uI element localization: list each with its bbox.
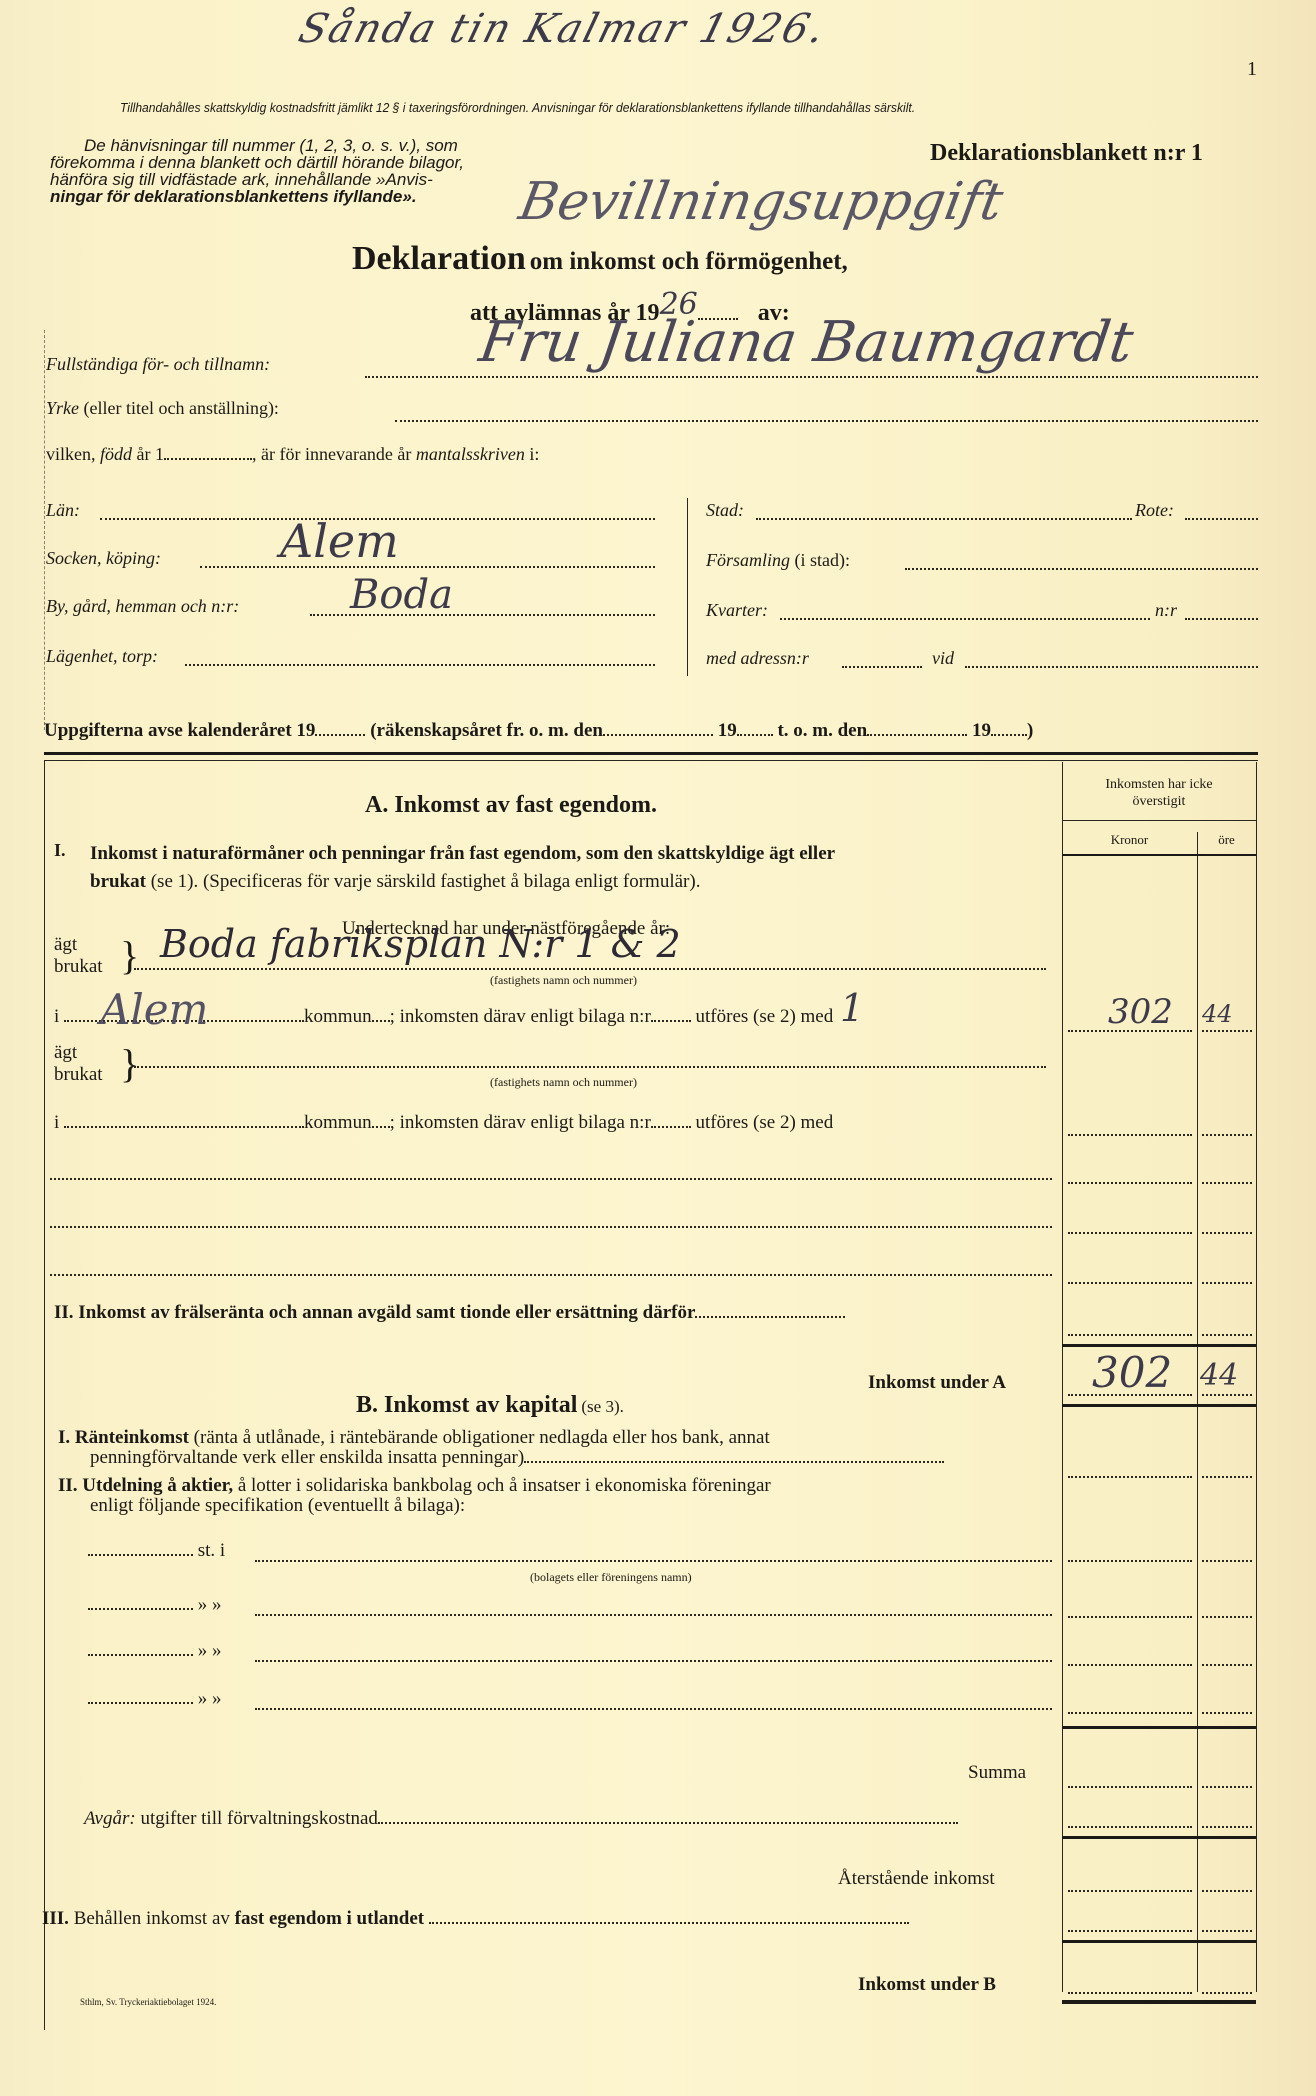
dividend-1-kronor[interactable] <box>1068 1560 1192 1562</box>
period-year-field[interactable] <box>315 734 365 736</box>
summa-kronor-field[interactable] <box>1068 1786 1192 1788</box>
blank-row-3-kronor[interactable] <box>1068 1282 1192 1284</box>
section-b-title-text: B. Inkomst av kapital <box>356 1392 577 1418</box>
handwritten-property-1[interactable]: Boda fabriksplan N:r 1 & 2 <box>160 922 681 966</box>
col-kronor-header: Kronor <box>1062 832 1197 848</box>
reference-note-line: ningar för deklarationsblankettens ifyll… <box>50 188 464 205</box>
reference-note: De hänvisningar till nummer (1, 2, 3, o.… <box>50 137 464 205</box>
section-b-item2: II. Utdelning å aktier, å lotter i solid… <box>58 1476 771 1516</box>
col-ore-header: öre <box>1197 832 1256 848</box>
fastighet-caption-1: (fastighets namn och nummer) <box>490 973 637 988</box>
total-b-ore-field[interactable] <box>1202 1992 1252 1994</box>
b-item3-num: III. <box>42 1908 69 1929</box>
period-line: Uppgifterna avse kalenderåret 19 (räkens… <box>44 720 1033 742</box>
agt-label-1: ägt brukat <box>54 934 103 978</box>
b-item1-kronor-field[interactable] <box>1068 1476 1192 1478</box>
brace-2: } <box>120 1042 139 1086</box>
born-year-field[interactable] <box>164 458 252 460</box>
agt-text: ägt <box>54 1042 103 1064</box>
left-margin-line <box>44 330 45 730</box>
amount-box-header-divider <box>1062 820 1256 821</box>
avgar-label: Avgår: <box>84 1808 136 1829</box>
stad-label: Stad: <box>706 500 744 521</box>
stad-field[interactable] <box>756 518 1132 520</box>
born-year-prefix: år 1 <box>137 444 164 464</box>
b-item1-rest: (ränta å utlånade, i räntebärande obliga… <box>189 1427 770 1448</box>
i-label: i <box>54 1112 59 1133</box>
handwritten-header-note: Sånda tin Kalmar 1926. <box>294 6 831 52</box>
aterstaende-ore-field[interactable] <box>1202 1890 1252 1892</box>
summa-ore-field[interactable] <box>1202 1786 1252 1788</box>
b-item3-rule <box>1062 1940 1256 1943</box>
section-a-sum-rule <box>1062 1344 1256 1347</box>
handwritten-by[interactable]: Boda <box>350 572 453 618</box>
item2-num: II. <box>54 1302 74 1323</box>
period-from-year: 19 <box>718 720 737 741</box>
amount-col-right <box>1256 762 1257 1992</box>
mantal-suffix: i: <box>529 444 539 464</box>
b-item3-bold: fast egendom i utlandet <box>235 1908 424 1929</box>
amount-col-divider <box>1197 832 1198 1992</box>
brace-1: } <box>120 934 139 978</box>
avgar-kronor-field[interactable] <box>1068 1826 1192 1828</box>
period-from-year-field[interactable] <box>737 734 773 736</box>
reference-note-line: förekomma i denna blankett och därtill h… <box>50 154 464 171</box>
nr-field[interactable] <box>1185 618 1258 620</box>
handwritten-bilaga-1[interactable]: 1 <box>840 986 864 1030</box>
handwritten-kommun-1[interactable]: Alem <box>100 985 208 1034</box>
amount-2-ore-field[interactable] <box>1202 1134 1252 1136</box>
blank-row-1-ore[interactable] <box>1202 1182 1252 1184</box>
vid-label: vid <box>932 648 954 669</box>
born-suffix: , är för innevarande år <box>252 444 411 464</box>
total-a-rule <box>1062 1404 1256 1407</box>
full-name-field[interactable] <box>365 376 1258 378</box>
bilaga-1-field[interactable] <box>651 1020 691 1022</box>
property-2-field[interactable] <box>134 1066 1046 1068</box>
blank-row-3[interactable] <box>50 1274 1052 1276</box>
dividend-row-1: st. i <box>88 1540 225 1562</box>
agt-text: ägt <box>54 934 103 956</box>
brukat-text: brukat <box>54 956 103 978</box>
dividend-4-name-field[interactable] <box>255 1708 1052 1710</box>
handwritten-overlay-title: Bevillningsuppgift <box>515 172 1008 232</box>
inkomst-text: ; inkomsten därav enligt bilaga n:r <box>390 1006 651 1027</box>
b-item2-num: II. <box>58 1475 78 1496</box>
period-to-year: 19 <box>972 720 991 741</box>
forsamling-field[interactable] <box>905 568 1258 570</box>
dividend-1-ore[interactable] <box>1202 1560 1252 1562</box>
section-a-item1-num: I. <box>54 840 66 861</box>
rote-label: Rote: <box>1135 500 1174 521</box>
kommun-line-2: i kommun; inkomsten därav enligt bilaga … <box>54 1112 833 1134</box>
page-number: 1 <box>1247 58 1257 81</box>
st-i-label: st. i <box>198 1540 225 1561</box>
period-to-year-field[interactable] <box>991 734 1027 736</box>
adress-label: med adressn:r <box>706 648 809 669</box>
b-item3-kronor-field[interactable] <box>1068 1930 1192 1932</box>
handwritten-amount-1-kronor[interactable]: 302 <box>1108 992 1173 1032</box>
b-item2-line2: enligt följande specifikation (eventuell… <box>58 1496 771 1516</box>
total-a-label: Inkomst under A <box>868 1372 1006 1394</box>
b-item1-bold: Ränteinkomst <box>75 1427 189 1448</box>
aterstaende-label: Återstående inkomst <box>838 1868 995 1890</box>
blank-row-2[interactable] <box>50 1226 1052 1228</box>
dividend-3-kronor[interactable] <box>1068 1664 1192 1666</box>
lagenhet-field[interactable] <box>185 664 655 666</box>
socken-field[interactable] <box>200 566 655 568</box>
blank-row-2-ore[interactable] <box>1202 1232 1252 1234</box>
blank-row-2-kronor[interactable] <box>1068 1232 1192 1234</box>
total-b-rule <box>1062 2000 1256 2004</box>
top-notice: Tillhandahålles skattskyldig kostnadsfri… <box>120 100 915 115</box>
printer-note: Sthlm, Sv. Tryckeriaktiebolaget 1924. <box>80 1997 216 2007</box>
handwritten-socken[interactable]: Alem <box>280 514 399 568</box>
section-b-item3: III. Behållen inkomst av fast egendom i … <box>42 1908 909 1930</box>
dividend-4-ore[interactable] <box>1202 1712 1252 1714</box>
period-divider-thin <box>44 760 1258 761</box>
ditto-mark: » » <box>198 1594 222 1615</box>
occupation-label: Yrke (eller titel och anställning): <box>46 398 279 419</box>
dividend-sum-rule <box>1062 1726 1256 1729</box>
dividend-2-ore[interactable] <box>1202 1616 1252 1618</box>
lan-label: Län: <box>46 500 80 521</box>
avgar-text: utgifter till förvaltningskostnad <box>140 1808 377 1829</box>
inkomst-text: ; inkomsten därav enligt bilaga n:r <box>390 1112 651 1133</box>
utfores-label: utföres (se 2) med <box>696 1006 834 1027</box>
dividend-row-4: » » <box>88 1688 222 1710</box>
forsamling-label-it: Församling <box>706 550 790 570</box>
dividend-1-name-field[interactable] <box>255 1560 1052 1562</box>
born-line: vilken, född år 1, är för innevarande år… <box>46 444 539 465</box>
section-a-title: A. Inkomst av fast egendom. <box>365 792 657 819</box>
kvarter-label: Kvarter: <box>706 600 768 621</box>
total-b-kronor-field[interactable] <box>1068 1992 1192 1994</box>
main-left-border <box>44 760 45 2030</box>
section-b-ref: (se 3). <box>581 1397 623 1416</box>
section-b-item1: I. Ränteinkomst (ränta å utlånade, i rän… <box>58 1428 944 1468</box>
occupation-label-it: Yrke <box>46 398 79 418</box>
agt-label-2: ägt brukat <box>54 1042 103 1086</box>
bilaga-2-field[interactable] <box>651 1126 691 1128</box>
rote-field[interactable] <box>1185 518 1258 520</box>
utfores-label: utföres (se 2) med <box>696 1112 834 1133</box>
full-name-label: Fullständiga för- och tillnamn: <box>46 354 270 375</box>
amount-col-left <box>1062 762 1063 1992</box>
location-divider <box>687 498 688 676</box>
kommun-label: kommun <box>304 1006 372 1027</box>
amount-1-ore-field[interactable] <box>1202 1030 1252 1032</box>
item2-text: Inkomst av frälseränta och annan avgäld … <box>78 1302 695 1323</box>
by-label: By, gård, hemman och n:r: <box>46 596 239 617</box>
mantal-label: mantalsskriven <box>416 444 525 464</box>
avgar-ore-field[interactable] <box>1202 1826 1252 1828</box>
period-to-label: t. o. m. den <box>777 720 867 741</box>
period-close: ) <box>1027 720 1033 741</box>
adress-field[interactable] <box>842 666 922 668</box>
amount-box-header-line1: Inkomsten har icke <box>1062 776 1256 793</box>
dividend-4-qty[interactable] <box>88 1702 193 1704</box>
dividend-4-kronor[interactable] <box>1068 1712 1192 1714</box>
amount-box-column-rule <box>1062 854 1256 856</box>
dividend-row-2: » » <box>88 1594 222 1616</box>
avgar-line: Avgår: utgifter till förvaltningskostnad <box>84 1808 958 1830</box>
dividend-2-kronor[interactable] <box>1068 1616 1192 1618</box>
blank-row-1-kronor[interactable] <box>1068 1182 1192 1184</box>
blank-row-1[interactable] <box>50 1178 1052 1180</box>
avgar-rule <box>1062 1836 1256 1839</box>
b-item2-bold: Utdelning å aktier, <box>82 1475 233 1496</box>
vid-field[interactable] <box>965 666 1258 668</box>
item1-rest: (se 1). (Specificeras för varje särskild… <box>146 871 700 892</box>
handwritten-full-name[interactable]: Fru Juliana Baumgardt <box>475 310 1137 375</box>
page-title: Deklaration om inkomst och förmögenhet, <box>352 240 848 278</box>
b-item1-ore-field[interactable] <box>1202 1476 1252 1478</box>
fastighet-caption-2: (fastighets namn och nummer) <box>490 1075 637 1090</box>
item1-bold-line: Inkomst i naturaförmåner och penningar f… <box>90 840 835 868</box>
period-from-label: (räkenskapsåret fr. o. m. den <box>370 720 603 741</box>
dividend-3-ore[interactable] <box>1202 1664 1252 1666</box>
bolag-caption: (bolagets eller föreningens namn) <box>530 1570 692 1585</box>
born-prefix: vilken, <box>46 444 96 464</box>
b-item1-line2: penningförvaltande verk eller enskilda i… <box>90 1447 524 1468</box>
b-item2-rest: å lotter i solidariska bankbolag och å i… <box>233 1475 771 1496</box>
nr-label: n:r <box>1155 600 1177 621</box>
kommun-label: kommun <box>304 1112 372 1133</box>
born-label: född <box>100 444 132 464</box>
total-a-ore-field[interactable] <box>1202 1394 1252 1396</box>
occupation-label-rest: (eller titel och anställning): <box>84 398 279 418</box>
dividend-3-name-field[interactable] <box>255 1660 1052 1662</box>
item2-ore-field[interactable] <box>1202 1334 1252 1336</box>
total-b-label: Inkomst under B <box>858 1974 996 1996</box>
property-1-field[interactable] <box>134 968 1046 970</box>
aterstaende-kronor-field[interactable] <box>1068 1890 1192 1892</box>
brukat-text: brukat <box>54 1064 103 1086</box>
handwritten-total-a-ore[interactable]: 44 <box>1200 1358 1238 1393</box>
period-to-field[interactable] <box>867 734 967 736</box>
reference-note-line: hänföra sig till vidfästade ark, innehål… <box>50 171 464 188</box>
amount-box-header: Inkomsten har icke överstigit <box>1062 776 1256 810</box>
period-divider <box>44 752 1258 755</box>
b-item1-num: I. <box>58 1427 70 1448</box>
item1-brukat: brukat <box>90 871 146 892</box>
i-label: i <box>54 1006 59 1027</box>
b-item3-text: Behållen inkomst av <box>74 1908 230 1929</box>
handwritten-amount-1-ore[interactable]: 44 <box>1202 1000 1233 1028</box>
ditto-mark: » » <box>198 1688 222 1709</box>
occupation-field[interactable] <box>395 420 1258 422</box>
reference-note-line: De hänvisningar till nummer (1, 2, 3, o.… <box>50 137 464 154</box>
forsamling-label-rest: (i stad): <box>795 550 851 570</box>
form-number: Deklarationsblankett n:r 1 <box>930 140 1203 167</box>
blank-row-3-ore[interactable] <box>1202 1282 1252 1284</box>
title-main: Deklaration <box>352 240 526 277</box>
forsamling-label: Församling (i stad): <box>706 550 850 571</box>
kommun-2-field[interactable] <box>64 1126 304 1128</box>
kvarter-field[interactable] <box>780 618 1150 620</box>
handwritten-total-a-kronor[interactable]: 302 <box>1092 1348 1172 1397</box>
period-prefix: Uppgifterna avse kalenderåret 19 <box>44 720 315 741</box>
amount-box-header-line2: överstigit <box>1062 793 1256 810</box>
dividend-1-qty[interactable] <box>88 1554 193 1556</box>
section-b-title: B. Inkomst av kapital (se 3). <box>356 1392 624 1419</box>
dividend-2-name-field[interactable] <box>255 1614 1052 1616</box>
item2-kronor-field[interactable] <box>1068 1334 1192 1336</box>
section-a-item2: II. Inkomst av frälseränta och annan avg… <box>54 1302 845 1324</box>
lagenhet-label: Lägenhet, torp: <box>46 646 158 667</box>
title-rest: om inkomst och förmögenhet, <box>530 248 848 275</box>
b-item3-ore-field[interactable] <box>1202 1930 1252 1932</box>
dividend-3-qty[interactable] <box>88 1654 193 1656</box>
dividend-row-3: » » <box>88 1640 222 1662</box>
period-from-field[interactable] <box>603 734 713 736</box>
section-a-item1-text: Inkomst i naturaförmåner och penningar f… <box>90 840 835 896</box>
summa-label: Summa <box>968 1762 1026 1784</box>
socken-label: Socken, köping: <box>46 548 161 569</box>
ditto-mark: » » <box>198 1640 222 1661</box>
dividend-2-qty[interactable] <box>88 1608 193 1610</box>
amount-2-kronor-field[interactable] <box>1068 1134 1192 1136</box>
